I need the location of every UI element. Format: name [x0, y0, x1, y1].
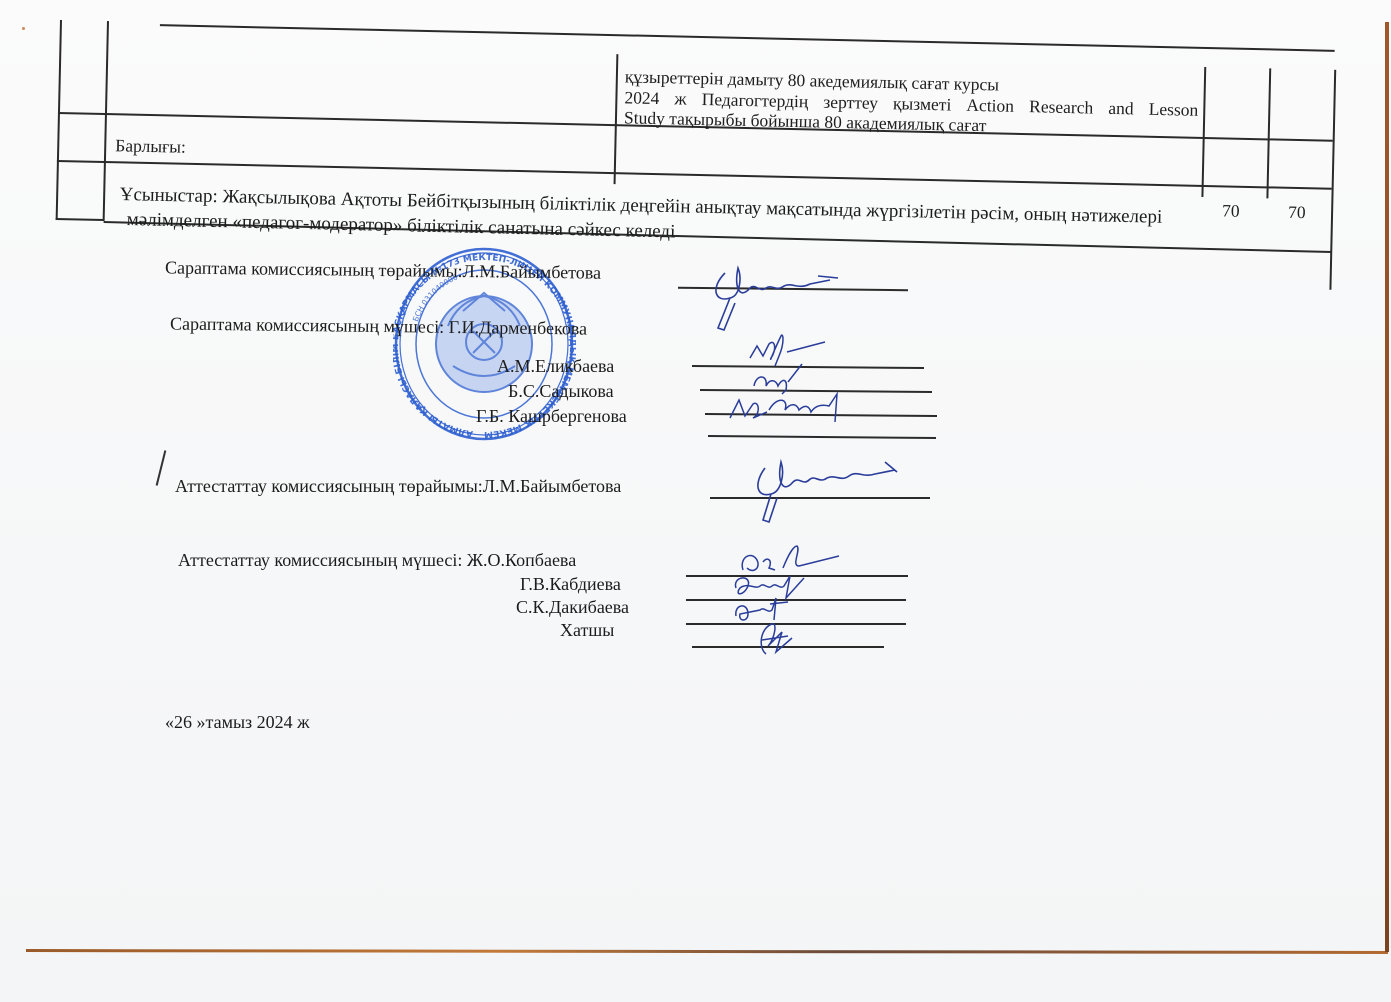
document-date: «26 »тамыз 2024 ж [165, 712, 310, 733]
signature-attestation-chair-icon [745, 448, 915, 528]
table-border-left [56, 20, 62, 220]
table-row-top-border [160, 24, 1335, 52]
course-description-cell: құзыреттерін дамыту 80 акедемиялық сағат… [624, 66, 1199, 140]
total-label: Барлығы: [115, 135, 186, 157]
expert-member-3-name: Б.С.Садыкова [508, 381, 614, 402]
table-border-right [1329, 70, 1336, 290]
table-col-divider-3 [1201, 67, 1206, 197]
attestation-chair-label: Аттестаттау комиссиясының төрайымы:Л.М.Б… [175, 476, 621, 497]
signature-expert-chair-icon [700, 258, 860, 338]
margin-tick-mark [156, 450, 167, 485]
total-score-1: 70 [1222, 200, 1240, 221]
attestation-member-3-name: С.К.Дакибаева [516, 597, 629, 618]
secretary-label: Хатшы [560, 620, 614, 641]
attestation-member-2-name: Г.В.Кабдиева [520, 574, 621, 595]
signature-expert-member-3-icon [725, 390, 855, 426]
total-score-2: 70 [1288, 202, 1306, 223]
signature-secretary-icon [748, 618, 808, 658]
table-bottom-border-left [56, 218, 104, 221]
document-content: құзыреттерін дамыту 80 акедемиялық сағат… [0, 0, 1391, 1002]
table-col-divider-2 [614, 54, 619, 184]
expert-members-label: Сараптама комиссиясының мүшесі: Г.И.Дарм… [170, 313, 587, 339]
evaluation-table: құзыреттерін дамыту 80 акедемиялық сағат… [54, 20, 1340, 328]
table-col-divider-1 [103, 21, 109, 221]
expert-member-4-name: Г.Б. Кашрбергенова [476, 406, 627, 427]
attestation-members-label: Аттестаттау комиссиясының мүшесі: Ж.О.Ко… [178, 550, 576, 571]
expert-member-2-name: А.М.Еликбаева [497, 356, 614, 377]
table-col-divider-4 [1266, 68, 1271, 198]
expert-member-4-signature-line [708, 435, 936, 439]
